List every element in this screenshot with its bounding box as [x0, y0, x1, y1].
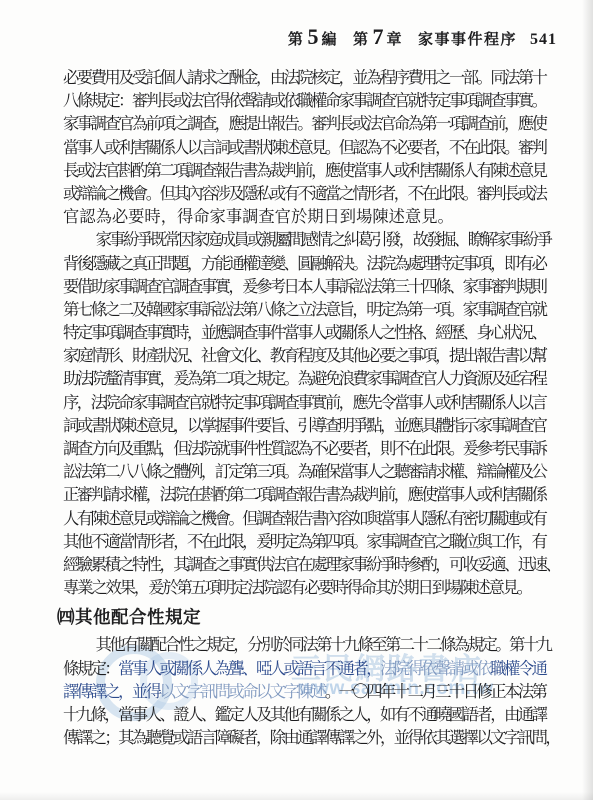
paragraph-2: 家事紛爭既常因家庭成員或親屬間感情之糾葛引發，故發掘、瞭解家事紛爭背後隱藏之真正…: [63, 228, 531, 599]
text-line-content: 特定事項調查事實時，並應調查事件當事人或關係人之性格、經歷、身心狀況、: [63, 323, 545, 342]
text-line: 官認為必要時，得命家事調查官於期日到場陳述意見。: [63, 205, 531, 228]
text-line-content: 序，法院命家事調查官就特定事項調查事實前，應先令當事人或利害關係人以言: [63, 393, 545, 412]
text-line-content: 第七條之二及韓國家事訴訟法第八條之立法意旨，明定為第一項。家事調查官就: [63, 300, 545, 319]
text-line-content: 人有陳述意見或辯論之機會。但調查報告書內容如與當事人隱私有密切關連或有: [63, 509, 545, 528]
text-line: 家事紛爭既常因家庭成員或親屬間感情之糾葛引發，故發掘、瞭解家事紛爭: [63, 228, 531, 251]
statute-quote-text: 以文字訊問或命以文字陳述: [160, 682, 325, 701]
statute-quote-text: 譯傳譯之，: [63, 682, 132, 701]
text-line: 傳譯之；其為聽覺或語言障礙者，除由通譯傳譯之外，並得依其選擇以文字訊問，: [63, 726, 531, 749]
page-number: 541: [530, 31, 557, 49]
running-head-text: 編: [321, 28, 338, 49]
text-line-content: 家事紛爭既常因家庭成員或親屬間感情之糾葛引發，故發掘、瞭解家事紛爭: [96, 230, 551, 249]
running-head-text: 第: [288, 28, 305, 49]
running-head-text: 章: [386, 28, 403, 49]
chapter-number: 7: [369, 26, 386, 48]
text-line-content: 詞或書狀陳述意見，以掌握事件要旨、引導查明爭點，並應具體指示家事調查官: [63, 416, 545, 435]
running-head-text: 家事事件程序: [418, 28, 517, 49]
book-page: 三民網路書店 www.sanmin.com.tw 第5編第7章家事事件程序541…: [0, 0, 593, 800]
text-line-content: 調查方向及重點，但法院就事件性質認為不必要者，則不在此限。爰參考民事訴: [63, 439, 545, 458]
text-line-content: 長或法官斟酌第二項調查報告書為裁判前，應使當事人或利害關係人有陳述意見: [63, 161, 545, 180]
text-line-content: 助法院釐清事實，爰為第二項之規定。為避免浪費家事調查官人力資源及延宕程: [63, 369, 545, 388]
text-line: 第七條之二及韓國家事訴訟法第八條之立法意旨，明定為第一項。家事調查官就: [63, 298, 531, 321]
text-line: 詞或書狀陳述意見，以掌握事件要旨、引導查明爭點，並應具體指示家事調查官: [63, 414, 531, 437]
text-line: 譯傳譯之，並得以文字訊問或命以文字陳述。一〇四年十二月三十日修正本法第: [63, 680, 531, 703]
text-line: 或辯論之機會。但其內容涉及隱私或有不適當之情形者，不在此限。審判長或法: [63, 182, 531, 205]
section-heading: ㈣其他配合性規定: [57, 605, 531, 629]
paragraph-3: 其他有關配合性之規定，分別於同法第十九條至第二十二條為規定。第十九條規定：當事人…: [63, 633, 531, 749]
statute-quote-text: 職權令通: [490, 659, 545, 678]
text-line-content: 要借助家事調查官調查事實，爰參考日本人事訴訟法第三十四條、家事審判規則: [63, 277, 545, 296]
text-line: 當事人或利害關係人以言詞或書狀陳述意見。但認為不必要者，不在此限。審判: [63, 136, 531, 159]
text-line-content: 家庭情形、財產狀況、社會文化、教育程度及其他必要之事項，提出報告書以幫: [63, 346, 545, 365]
text-line-content: 譯傳譯之，並得以文字訊問或命以文字陳述。一〇四年十二月三十日修正本法第: [63, 682, 545, 701]
text-line: 正審判請求權，法院在斟酌第二項調查報告書為裁判前，應使當事人或利害關係: [63, 483, 531, 506]
text-line: 家庭情形、財產狀況、社會文化、教育程度及其他必要之事項，提出報告書以幫: [63, 344, 531, 367]
text-line-content: 必要費用及受託個人請求之酬金，由法院核定，並為程序費用之一部。同法第十: [63, 68, 545, 87]
text-line: 條規定：當事人或關係人為聾、啞人或語言不通者，法院得依聲請或依職權令通: [63, 657, 531, 680]
text-line-content: 官認為必要時，得命家事調查官於期日到場陳述意見。: [63, 207, 454, 226]
text-line-content: 條規定：當事人或關係人為聾、啞人或語言不通者，法院得依聲請或依職權令通: [63, 659, 545, 678]
text-line: 家事調查官為前項之調查，應提出報告。審判長或法官命為第一項調查前，應使: [63, 112, 531, 135]
text-line-content: 傳譯之；其為聽覺或語言障礙者，除由通譯傳譯之外，並得依其選擇以文字訊問，: [63, 728, 559, 747]
text-line: 特定事項調查事實時，並應調查事件當事人或關係人之性格、經歷、身心狀況、: [63, 321, 531, 344]
text-line: 人有陳述意見或辯論之機會。但調查報告書內容如與當事人隱私有密切關連或有: [63, 507, 531, 530]
statute-quote-text: 法院得依聲請或依: [380, 659, 490, 678]
text-line-content: 專業之效果，爰於第五項明定法院認有必要時得命其於期日到場陳述意見。: [63, 578, 531, 597]
text-line-content: 背後隱藏之真正問題，方能通權達變、圓融解決。法院為處理特定事項，即有必: [63, 254, 545, 273]
text-line: 助法院釐清事實，爰為第二項之規定。為避免浪費家事調查官人力資源及延宕程: [63, 367, 531, 390]
text-line: 十九條，當事人、證人、鑑定人及其他有關係之人，如有不通曉國語者，由通譯: [63, 703, 531, 726]
text-line: 其他有關配合性之規定，分別於同法第十九條至第二十二條為規定。第十九: [63, 633, 531, 656]
text-line-content: 其他有關配合性之規定，分別於同法第十九條至第二十二條為規定。第十九: [96, 635, 551, 654]
text-line: 調查方向及重點，但法院就事件性質認為不必要者，則不在此限。爰參考民事訴: [63, 437, 531, 460]
text-line: 其他不適當情形者，不在此限，爰明定為第四項。家事調查官之職位與工作，有: [63, 530, 531, 553]
text-line-content: 訟法第二八八條之體例，訂定第三項。為確保當事人之聽審請求權、辯論權及公: [63, 462, 545, 481]
text-line: 訟法第二八八條之體例，訂定第三項。為確保當事人之聽審請求權、辯論權及公: [63, 460, 531, 483]
text-line: 背後隱藏之真正問題，方能通權達變、圓融解決。法院為處理特定事項，即有必: [63, 252, 531, 275]
statute-quote-text: 當事人或關係人為聾、啞人或語言不通者，: [118, 659, 380, 678]
text-line: 經驗累積之特性，其調查之事實供法官在處理家事紛爭時參酌，可收妥適、迅速、: [63, 553, 531, 576]
text-line-content: 八條規定：審判長或法官得依聲請或依職權命家事調查官就特定事項調查事實。: [63, 91, 545, 110]
text-segment: 條規定：: [63, 659, 118, 678]
text-line-content: 經驗累積之特性，其調查之事實供法官在處理家事紛爭時參酌，可收妥適、迅速、: [63, 555, 559, 574]
text-line: 專業之效果，爰於第五項明定法院認有必要時得命其於期日到場陳述意見。: [63, 576, 531, 599]
statute-quote-text: 並得: [132, 682, 160, 701]
text-line-content: 當事人或利害關係人以言詞或書狀陳述意見。但認為不必要者，不在此限。審判: [63, 138, 545, 157]
paragraph-1: 必要費用及受託個人請求之酬金，由法院核定，並為程序費用之一部。同法第十八條規定：…: [63, 66, 531, 228]
text-line: 序，法院命家事調查官就特定事項調查事實前，應先令當事人或利害關係人以言: [63, 391, 531, 414]
text-segment: 。一〇四年十二月三十日修正本法第: [325, 682, 546, 701]
text-line-content: 家事調查官為前項之調查，應提出報告。審判長或法官命為第一項調查前，應使: [63, 114, 545, 133]
text-line: 八條規定：審判長或法官得依聲請或依職權命家事調查官就特定事項調查事實。: [63, 89, 531, 112]
text-line-content: 其他不適當情形者，不在此限，爰明定為第四項。家事調查官之職位與工作，有: [63, 532, 545, 551]
text-line-content: 或辯論之機會。但其內容涉及隱私或有不適當之情形者，不在此限。審判長或法: [63, 184, 545, 203]
running-head: 第5編第7章家事事件程序541: [288, 26, 557, 49]
page-body-text: 必要費用及受託個人請求之酬金，由法院核定，並為程序費用之一部。同法第十八條規定：…: [63, 66, 531, 749]
text-line: 必要費用及受託個人請求之酬金，由法院核定，並為程序費用之一部。同法第十: [63, 66, 531, 89]
text-line-content: 正審判請求權，法院在斟酌第二項調查報告書為裁判前，應使當事人或利害關係: [63, 485, 545, 504]
text-line: 長或法官斟酌第二項調查報告書為裁判前，應使當事人或利害關係人有陳述意見: [63, 159, 531, 182]
text-line-content: 十九條，當事人、證人、鑑定人及其他有關係之人，如有不通曉國語者，由通譯: [63, 705, 545, 724]
chapter-number: 5: [304, 26, 321, 48]
running-head-text: 第: [353, 28, 370, 49]
text-line: 要借助家事調查官調查事實，爰參考日本人事訴訟法第三十四條、家事審判規則: [63, 275, 531, 298]
